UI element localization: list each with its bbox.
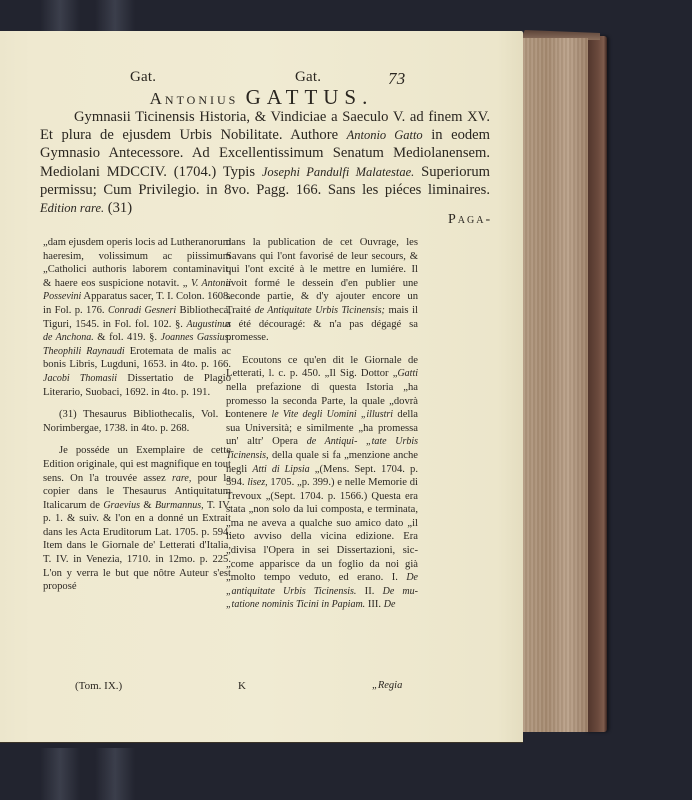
running-head-left: Gat. [130, 69, 156, 86]
commentary-paragraph: Je posséde un Exemplaire de cette Editio… [43, 444, 231, 594]
book-page: Gat. Gat. 73 Antonius GATTUS. Gymnasii T… [0, 31, 523, 742]
entry-description: Gymnasii Ticinensis Historia, & Vindicia… [40, 108, 490, 217]
italic-run: Graevius [103, 500, 140, 511]
backdrop-reflection [40, 748, 80, 800]
commentary-continued: dans la publication de cet Ouvrage, les … [226, 236, 418, 345]
backdrop-reflection [95, 748, 135, 800]
book-cover-edge [585, 36, 607, 732]
footnote-column-left: „dam ejusdem operis locis ad Lutheranoru… [43, 236, 231, 594]
italic-run: de Antiqui- „tate Urbis Ticinensis [226, 436, 418, 461]
italic-run: Conradi Gesneri [108, 305, 176, 316]
catchword-bottom: „Regia [372, 680, 402, 691]
book-page-edges [520, 38, 588, 732]
footnote-31: (31) Thesaurus Bibliothecalis, Vol. I. N… [43, 408, 231, 435]
footnote-column-right: dans la publication de cet Ouvrage, les … [226, 236, 418, 612]
italic-run: Edition rare. [40, 201, 104, 215]
backdrop-reflection [40, 0, 80, 32]
italic-run: lisez, [247, 477, 267, 488]
italic-run: rare, [172, 473, 191, 484]
italic-run: de Antiquitate Urbis Ticinensis; [255, 305, 385, 316]
italic-run: Atti di Lipsia [252, 464, 309, 475]
italic-run: V. Antonii Possevini [43, 278, 231, 303]
italic-run: Gatti [397, 368, 418, 379]
entry-title: Antonius GATTUS. [0, 85, 523, 110]
catchword-top: Paga- [448, 212, 492, 228]
italic-run: Josephi Pandulfi Malatestae. [262, 165, 414, 179]
signature-mark: K [238, 680, 246, 692]
italic-run: Burmannus, [155, 500, 204, 511]
entry-title-forename: Antonius [150, 89, 239, 108]
italic-run: le Vite degli Uomini „illustri [272, 409, 394, 420]
entry-title-surname: GATTUS. [246, 85, 374, 109]
italic-run: De [384, 599, 396, 610]
backdrop-reflection [95, 0, 135, 32]
entry-paragraph: Gymnasii Ticinensis Historia, & Vindicia… [40, 108, 490, 217]
footnote-continued: „dam ejusdem operis locis ad Lutheranoru… [43, 236, 231, 399]
running-head-center: Gat. [295, 69, 321, 86]
page-content: Gat. Gat. 73 Antonius GATTUS. Gymnasii T… [0, 31, 523, 742]
giornale-quote: Ecoutons ce qu'en dit le Giornale de Let… [226, 354, 418, 612]
italic-run: Jacobi Thomasii [43, 373, 117, 384]
italic-run: Antonio Gatto [347, 128, 423, 142]
volume-signature: (Tom. IX.) [75, 680, 122, 692]
